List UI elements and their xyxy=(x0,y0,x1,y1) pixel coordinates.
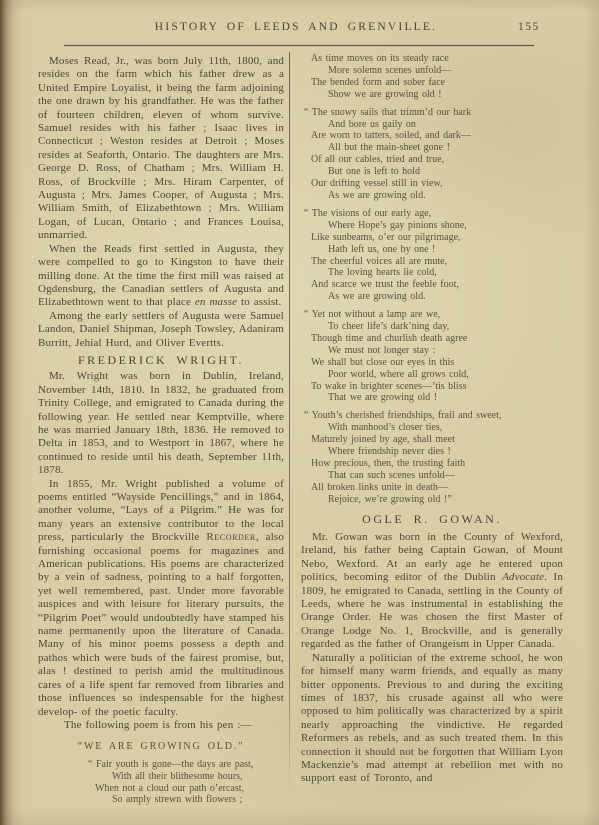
poem-stanza: “ Youth’s cherished friendships, frail a… xyxy=(304,410,563,505)
poem-line: To cheer life’s dark’ning day, xyxy=(328,321,563,333)
poem-line: “ The visions of our early age, xyxy=(304,208,563,220)
poem-line: More solemn scenes unfold— xyxy=(328,65,563,77)
poem-line: Hath left us, one by one ! xyxy=(328,244,563,256)
poem-stanza: “ The snowy sails that trimm’d our barkA… xyxy=(304,107,563,202)
poem-line: We must not longer stay : xyxy=(328,345,563,357)
text-run: Advocate xyxy=(502,571,544,583)
poem-line: Show we are growing old ! xyxy=(328,89,563,101)
paragraph: When the Reads first settled in Augusta,… xyxy=(38,243,284,310)
header-rule xyxy=(64,45,534,46)
book-spine-shadow xyxy=(0,0,34,825)
poem-line: Are worn to tatters, soiled, and dark— xyxy=(311,130,563,142)
paragraph: Mr. Gowan was born in the County of Wexf… xyxy=(301,531,563,652)
text-run: to assist. xyxy=(237,296,281,308)
poem-line: All broken links unite in death— xyxy=(311,482,563,494)
page-number: 155 xyxy=(518,21,540,33)
paragraph: Naturally a politician of the extreme sc… xyxy=(301,652,563,786)
poem-line: Like sunbeams, o’er our pilgrimage, xyxy=(311,232,563,244)
right-column: As time moves on its steady raceMore sol… xyxy=(301,53,563,786)
text-run: en masse xyxy=(195,296,237,308)
poem-stanza: “ Fair youth is gone—the days are past,W… xyxy=(88,759,284,807)
book-page: HISTORY OF LEEDS AND GRENVILLE. 155 Mose… xyxy=(0,0,599,825)
text-run: Mr. Wright was born in Dublin, Ireland, … xyxy=(38,370,284,476)
poem-line: To wake in brighter scenes—’tis bliss xyxy=(311,381,563,393)
text-run: Among the early settlers of Augusta were… xyxy=(38,310,284,349)
poem-line: And bore us gaily on xyxy=(328,119,563,131)
poem-line: The loving hearts lie cold, xyxy=(328,267,563,279)
poem-line: As time moves on its steady race xyxy=(311,53,563,65)
poem-line: “ Fair youth is gone—the days are past, xyxy=(88,759,284,771)
text-run: Recorder xyxy=(206,531,255,543)
poem-line: Rejoice, we’re growing old !” xyxy=(328,494,563,506)
poem-line: With all their blithesome hours, xyxy=(112,771,284,783)
poem-line: “ Youth’s cherished friendships, frail a… xyxy=(304,410,563,422)
paragraph: The following poem is from his pen :— xyxy=(38,719,284,732)
poem-line: That we are growing old ! xyxy=(328,392,563,404)
poem-line: Of all our cables, tried and true, xyxy=(311,154,563,166)
poem-line: Where friendship never dies ! xyxy=(328,446,563,458)
poem-line: Though time and churlish death agree xyxy=(311,333,563,345)
poem-line: How precious, then, the trusting faith xyxy=(311,458,563,470)
poem-line: As we are growing old. xyxy=(328,291,563,303)
paragraph: Mr. Wright was born in Dublin, Ireland, … xyxy=(38,370,284,477)
poem-line: All but the main-sheet gone ! xyxy=(328,142,563,154)
left-column: Moses Read, Jr., was born July 11th, 180… xyxy=(38,55,284,812)
poem-line: Our drifting vessel still in view, xyxy=(311,178,563,190)
section-heading: FREDERICK WRIGHT. xyxy=(38,354,284,367)
poem-line: The bended form and sober face xyxy=(311,77,563,89)
text-run: Naturally a politician of the extreme sc… xyxy=(301,652,563,785)
poem-line: And scarce we trust the feeble foot, xyxy=(311,279,563,291)
text-run: Moses Read, Jr., was born July 11th, 180… xyxy=(38,55,284,241)
poem-line: With manhood’s closer ties, xyxy=(328,422,563,434)
poem-stanza: As time moves on its steady raceMore sol… xyxy=(304,53,563,101)
poem-line: As we are growing old. xyxy=(328,190,563,202)
poem-stanza: “ The visions of our early age,Where Hop… xyxy=(304,208,563,303)
paragraph: In 1855, Mr. Wright published a volume o… xyxy=(38,478,284,719)
poem-line: So amply strewn with flowers ; xyxy=(112,794,284,806)
column-divider xyxy=(289,52,290,792)
running-title: HISTORY OF LEEDS AND GRENVILLE. xyxy=(0,21,592,33)
poem-line: Where Hope’s gay pinions shone, xyxy=(328,220,563,232)
section-heading: OGLE R. GOWAN. xyxy=(301,513,563,526)
poem-line: When not a cloud our path o’ercast, xyxy=(95,783,284,795)
poem-line: Maturely joined by age, shall meet xyxy=(311,434,563,446)
poem-title: “WE ARE GROWING OLD.” xyxy=(38,740,284,753)
poem-stanza: “ Yet not without a lamp are we,To cheer… xyxy=(304,309,563,404)
paragraph: Among the early settlers of Augusta were… xyxy=(38,310,284,350)
poem-line: “ Yet not without a lamp are we, xyxy=(304,309,563,321)
poem-line: The cheerful voices all are mute, xyxy=(311,256,563,268)
text-run: The following poem is from his pen :— xyxy=(64,719,252,731)
poem-line: “ The snowy sails that trimm’d our bark xyxy=(304,107,563,119)
poem-line: But one is left to hold xyxy=(328,166,563,178)
poem-line: That can such scenes unfold— xyxy=(328,470,563,482)
text-run: , also furnishing occasional poems for m… xyxy=(38,531,284,717)
poem-line: Poor world, where all grows cold, xyxy=(328,369,563,381)
paragraph: Moses Read, Jr., was born July 11th, 180… xyxy=(38,55,284,243)
poem-line: We shall but close our eyes in this xyxy=(311,357,563,369)
